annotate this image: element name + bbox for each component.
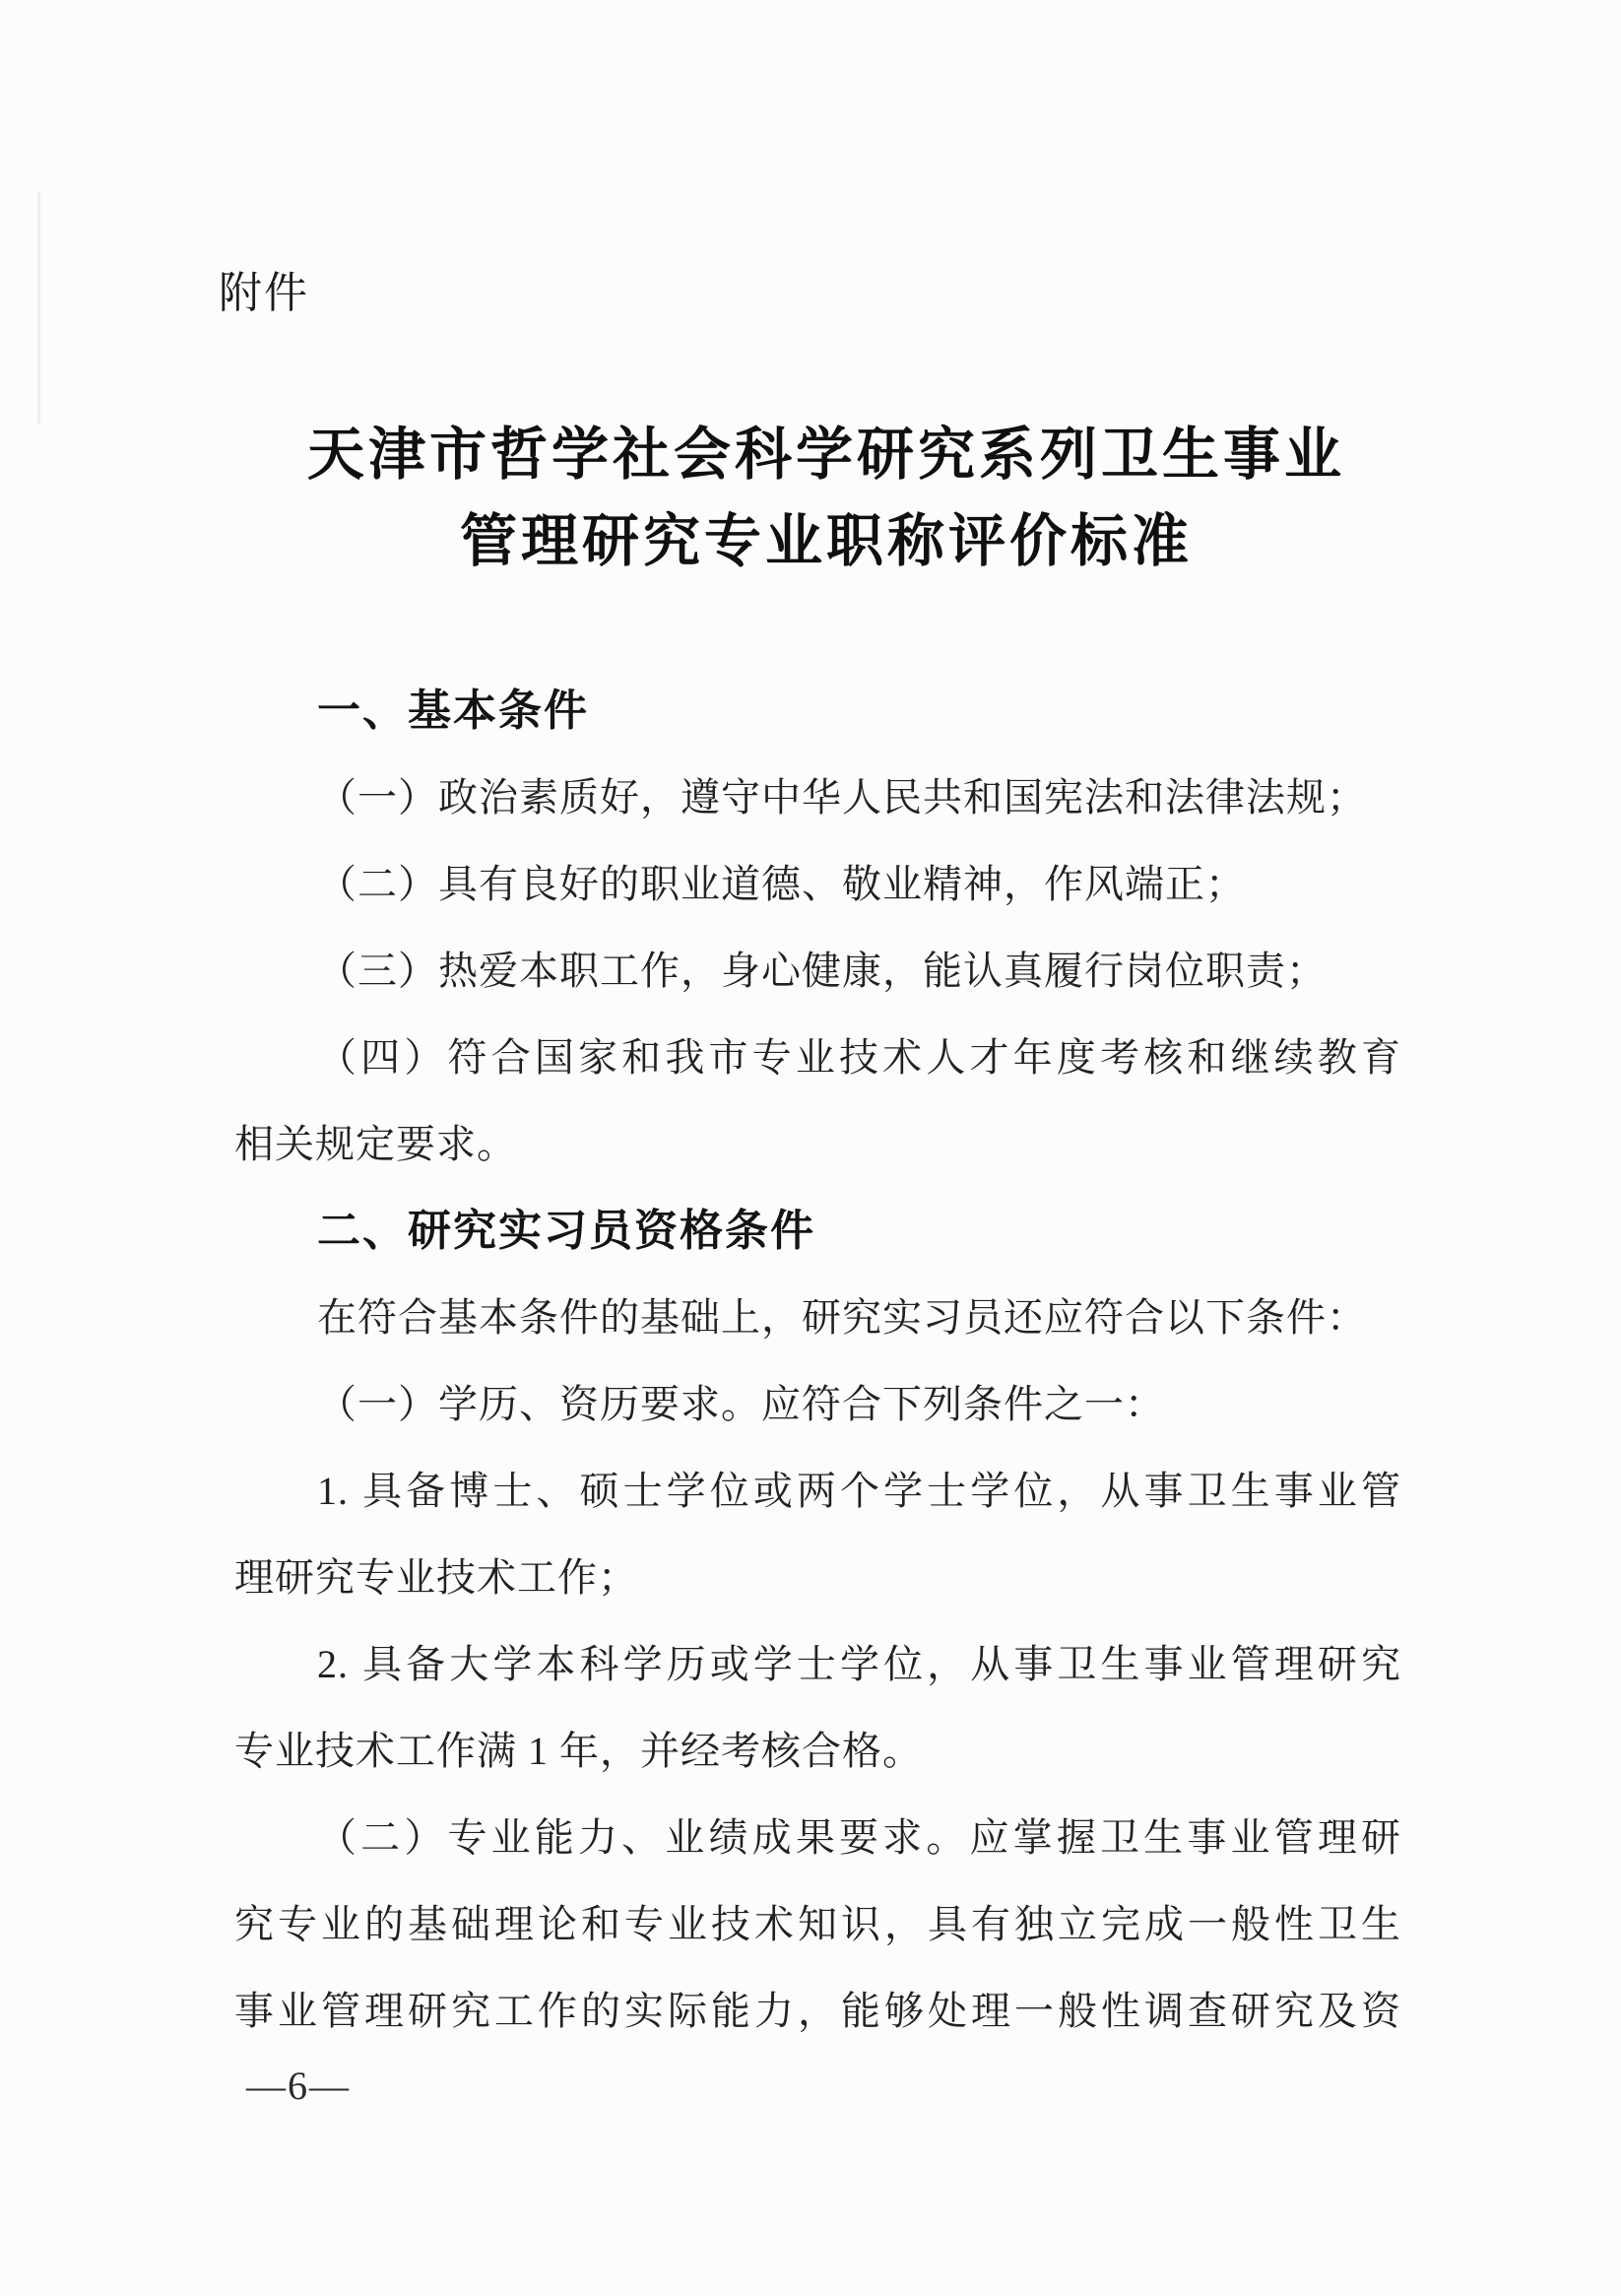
body-line: （二）具有良好的职业道德、敬业精神，作风端正； (234, 841, 1401, 928)
body-line: （一）政治素质好，遵守中华人民共和国宪法和法律法规； (234, 754, 1401, 841)
body-line: （四）符合国家和我市专业技术人才年度考核和继续教育 (234, 1015, 1401, 1101)
document-title: 天津市哲学社会科学研究系列卫生事业 管理研究专业职称评价标准 (0, 412, 1621, 585)
document-title-line-2: 管理研究专业职称评价标准 (32, 498, 1621, 585)
body-line: （三）热爱本职工作，身心健康，能认真履行岗位职责； (234, 928, 1401, 1015)
body-line: 相关规定要求。 (234, 1101, 1401, 1188)
section-heading-researcher-trainee: 二、研究实习员资格条件 (234, 1188, 1401, 1275)
body-line: 事业管理研究工作的实际能力，能够处理一般性调查研究及资 (234, 1968, 1401, 2055)
body-line: 1. 具备博士、硕士学位或两个学士学位，从事卫生事业管 (234, 1448, 1401, 1535)
document-title-line-1: 天津市哲学社会科学研究系列卫生事业 (32, 412, 1621, 498)
body-line: （一）学历、资历要求。应符合下列条件之一： (234, 1361, 1401, 1448)
attachment-label: 附件 (219, 264, 309, 323)
body-line: 专业技术工作满 1 年，并经考核合格。 (234, 1708, 1401, 1795)
document-body: 一、基本条件 （一）政治素质好，遵守中华人民共和国宪法和法律法规； （二）具有良… (234, 668, 1401, 2055)
body-line: 究专业的基础理论和专业技术知识，具有独立完成一般性卫生 (234, 1881, 1401, 1968)
section-heading-basic-conditions: 一、基本条件 (234, 668, 1401, 754)
body-line: 2. 具备大学本科学历或学士学位，从事卫生事业管理研究 (234, 1621, 1401, 1708)
body-line: 在符合基本条件的基础上，研究实习员还应符合以下条件： (234, 1275, 1401, 1361)
scan-artifact (37, 192, 40, 424)
body-line: 理研究专业技术工作； (234, 1535, 1401, 1621)
page-number: —6— (246, 2057, 351, 2116)
document-page: 附件 天津市哲学社会科学研究系列卫生事业 管理研究专业职称评价标准 一、基本条件… (0, 0, 1621, 2296)
body-line: （二）专业能力、业绩成果要求。应掌握卫生事业管理研 (234, 1795, 1401, 1881)
